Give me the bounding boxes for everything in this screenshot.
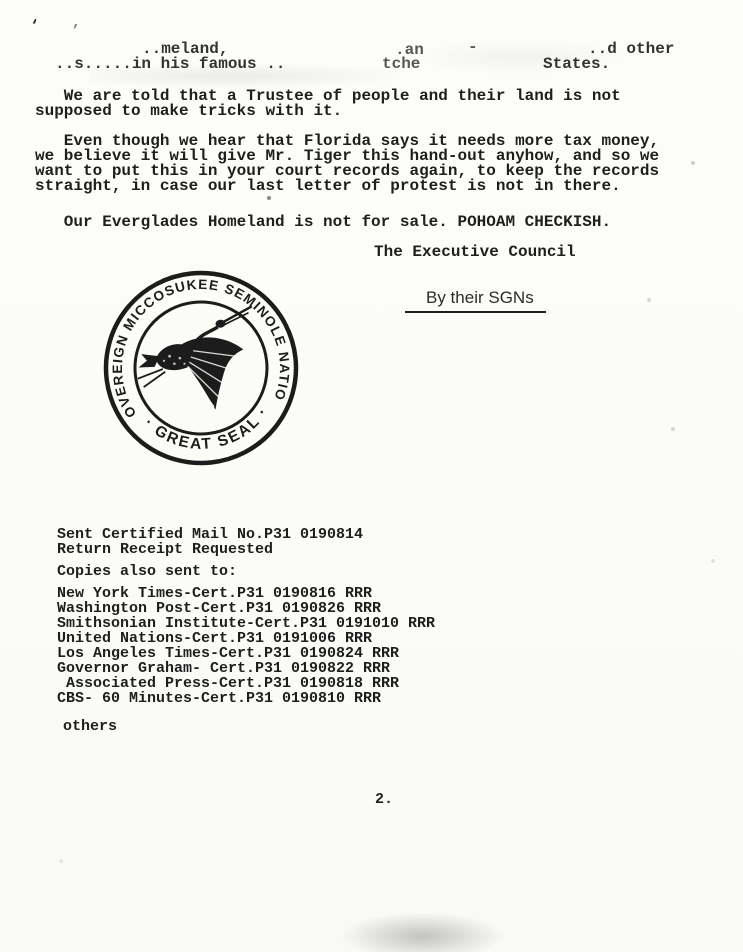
executive-council-line: The Executive Council (374, 245, 576, 260)
document-page: ‘ ’ ..meland, .an - ..d other ..s.....in… (0, 0, 743, 952)
seal-bottom-text: · GREAT SEAL · (140, 402, 276, 459)
body-paragraph: Even though we hear that Florida says it… (35, 134, 659, 194)
paper-specks (0, 0, 2, 2)
body-paragraph: Our Everglades Homeland is not for sale.… (35, 215, 611, 230)
others-note: others (63, 719, 117, 734)
faded-line-fragment: - (468, 40, 478, 55)
cert-mail-block: Sent Certified Mail No.P31 0190814 Retur… (57, 527, 363, 557)
faded-line-fragment: tche (382, 57, 420, 72)
faded-line-fragment: ..s.....in his famous .. (55, 57, 285, 72)
copies-heading: Copies also sent to: (57, 564, 237, 579)
page-number: 2. (375, 792, 393, 807)
faded-line-fragment: States. (543, 57, 610, 72)
great-seal: SOVEREIGN MICCOSUKEE SEMINOLE NATION · G… (101, 268, 301, 468)
stray-mark: ’ (71, 23, 80, 40)
recipients-list: New York Times-Cert.P31 0190816 RRR Wash… (57, 586, 435, 706)
stray-mark: ‘ (30, 18, 39, 35)
scan-smudge-bottom (340, 912, 505, 952)
great-seal-graphic: SOVEREIGN MICCOSUKEE SEMINOLE NATION · G… (101, 268, 301, 468)
sgns-label: By their SGNs (426, 288, 534, 308)
signature-underline (405, 311, 546, 313)
body-paragraph: We are told that a Trustee of people and… (35, 89, 621, 119)
